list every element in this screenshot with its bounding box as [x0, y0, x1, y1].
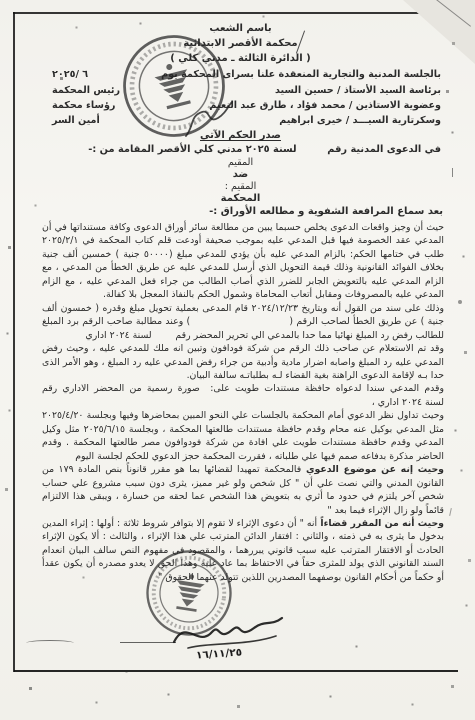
defendant-label: المقيم : [40, 181, 441, 192]
scan-artifact-tick [452, 168, 453, 177]
issued-judgment-line: صدر الحكم الآتي [40, 129, 441, 142]
opening-statement: بعد سماع المرافعة الشفوية و مطالعه الأور… [209, 206, 443, 217]
frame-left-border [13, 12, 15, 672]
scan-noise-speckles [0, 0, 1, 1]
panel-president-title: رئيس المحكمة [52, 84, 120, 97]
panel-members-title: رؤساء محكمة [52, 99, 115, 112]
case-number-line: في الدعوى المدنية رقم لسنة ٢٠٢٥ مدني كلي… [40, 144, 441, 155]
frame-top-border [13, 12, 437, 14]
judgment-body-text: حيث أن وجيز واقعات الدعوى يخلص حسبما يبي… [42, 221, 444, 584]
session-ref-number: ٦ /٢٠٢٥ [52, 68, 88, 81]
sessions-paragraph: وحيث تداول نظر الدعوي أمام المحكمة بالجل… [42, 409, 444, 463]
frame-bottom-border [14, 670, 458, 672]
versus-label: ضد [40, 169, 441, 180]
panel-president-line: برئاسة السيد الأستاذ / حسين السيد [275, 84, 441, 97]
panel-members-line: وعضوية الاستاذين / محمد فؤاد ، طارق عبد … [209, 99, 441, 112]
scanned-court-judgment-page: باسم الشعب محكمة الأقصر الابتدائية ( الد… [0, 0, 475, 720]
court-heading: المحكمة [40, 193, 441, 204]
handwritten-date: ١٦/١١/٢٥ [196, 646, 243, 661]
scan-artifact-tick [458, 300, 462, 304]
documents-paragraph: وقدم المدعي سندا لدعواه حافظة مستندات طو… [42, 382, 444, 409]
circuit-name: ( الدائرة الثالثة ـ مدني كلي ) [40, 52, 441, 65]
panel-secretary-line: وسكرتارية السيـــد / خيرى ابراهيم [279, 114, 441, 127]
scan-artifact-dash [26, 640, 74, 646]
plaintiff-label: المقيم [40, 157, 441, 168]
panel-secretary-title: أمين السر [52, 114, 100, 127]
scan-artifact-tick [449, 508, 452, 516]
vodafone-inquiry-paragraph: وقد تم الاستعلام عن صاحب ذلك الرقم من شر… [42, 342, 444, 382]
transfer-claim-paragraph: وذلك على سند من القول أنه وبتاريخ ٢٠٢٤/١… [42, 302, 444, 342]
court-name: محكمة الأقصر الابتدائية [40, 37, 441, 50]
facts-paragraph: حيث أن وجيز واقعات الدعوى يخلص حسبما يبي… [42, 221, 444, 302]
handwritten-scribble [178, 96, 238, 142]
enrichment-doctrine-paragraph: وحيث أنه من المقرر قضاءاً أنه " أن دعوى … [42, 517, 444, 584]
in-name-of-people: باسم الشعب [40, 22, 441, 35]
article-179-paragraph: وحيث إنه عن موضوع الدعوي فالمحكمة تمهيدا… [42, 463, 444, 517]
